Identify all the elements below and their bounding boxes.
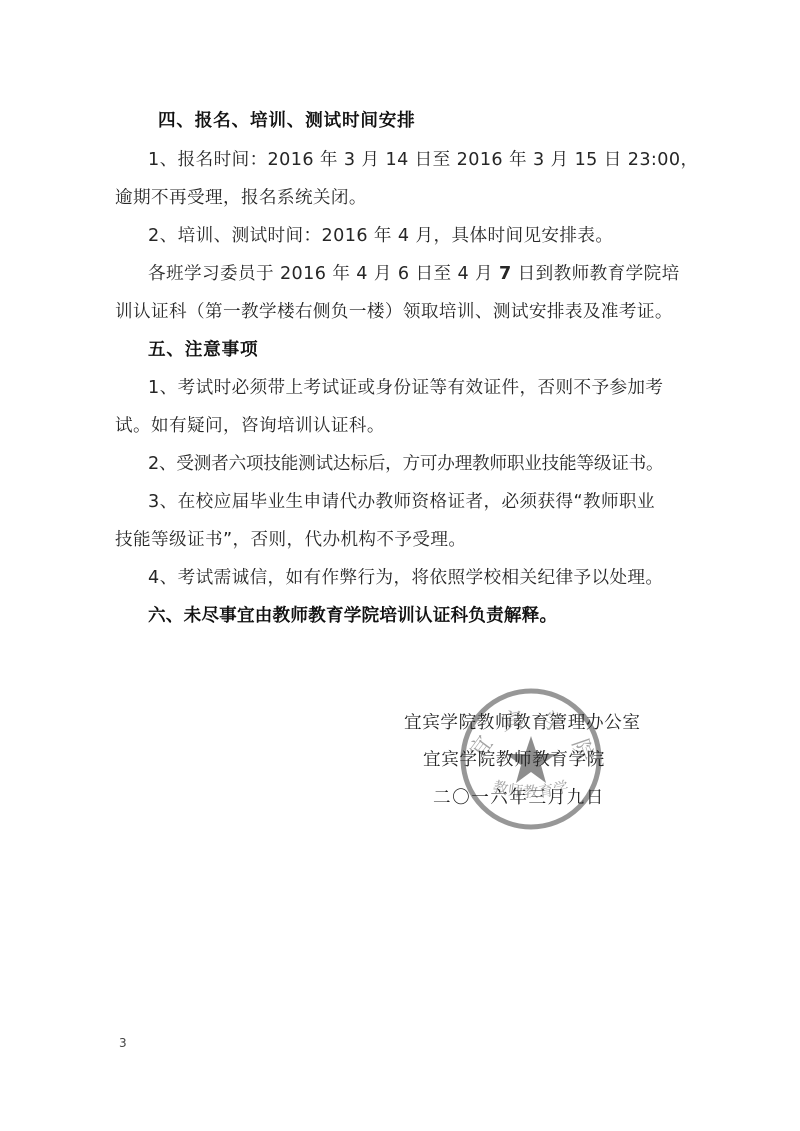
- notice-3-line2: 技能等级证书”，否则，代办机构不予受理。: [115, 528, 680, 552]
- paragraph-registration-time-line1: 1、报名时间：2016 年 3 月 14 日至 2016 年 3 月 15 日 …: [148, 148, 713, 172]
- page-number: 3: [119, 1036, 127, 1050]
- notice-3-line1: 3、在校应届毕业生申请代办教师资格证者，必须获得“教师职业: [148, 490, 713, 514]
- signature-college: 宜宾学院教师教育学院: [423, 748, 605, 772]
- paragraph-registration-time-line2: 逾期不再受理，报名系统关闭。: [115, 186, 680, 210]
- notice-1-line1: 1、考试时必须带上考试证或身份证等有效证件，否则不予参加考: [148, 376, 713, 400]
- document-page: 四、报名、培训、测试时间安排 1、报名时间：2016 年 3 月 14 日至 2…: [0, 0, 800, 1131]
- paragraph-committee-line1: 各班学习委员于 2016 年 4 月 6 日至 4 月 7 日到教师教育学院培: [148, 262, 713, 286]
- signature-office: 宜宾学院教师教育管理办公室: [404, 711, 641, 735]
- notice-2: 2、受测者六项技能测试达标后，方可办理教师职业技能等级证书。: [148, 452, 713, 476]
- section-heading-4: 四、报名、培训、测试时间安排: [158, 109, 723, 133]
- paragraph-training-time: 2、培训、测试时间：2016 年 4 月，具体时间见安排表。: [148, 224, 713, 248]
- notice-1-line2: 试。如有疑问，咨询培训认证科。: [115, 414, 680, 438]
- committee-text-bold-7: 7: [499, 264, 512, 284]
- section-heading-6: 六、未尽事宜由教师教育学院培训认证科负责解释。: [148, 604, 713, 628]
- paragraph-committee-line2: 训认证科（第一教学楼右侧负一楼）领取培训、测试安排表及准考证。: [115, 300, 680, 324]
- signature-date: 二〇一六年三月九日: [433, 786, 605, 810]
- section-heading-5: 五、注意事项: [148, 338, 713, 362]
- committee-text-b: 日到教师教育学院培: [512, 264, 680, 284]
- committee-text-a: 各班学习委员于 2016 年 4 月 6 日至 4 月: [148, 264, 499, 284]
- notice-4: 4、考试需诚信，如有作弊行为，将依照学校相关纪律予以处理。: [148, 566, 713, 590]
